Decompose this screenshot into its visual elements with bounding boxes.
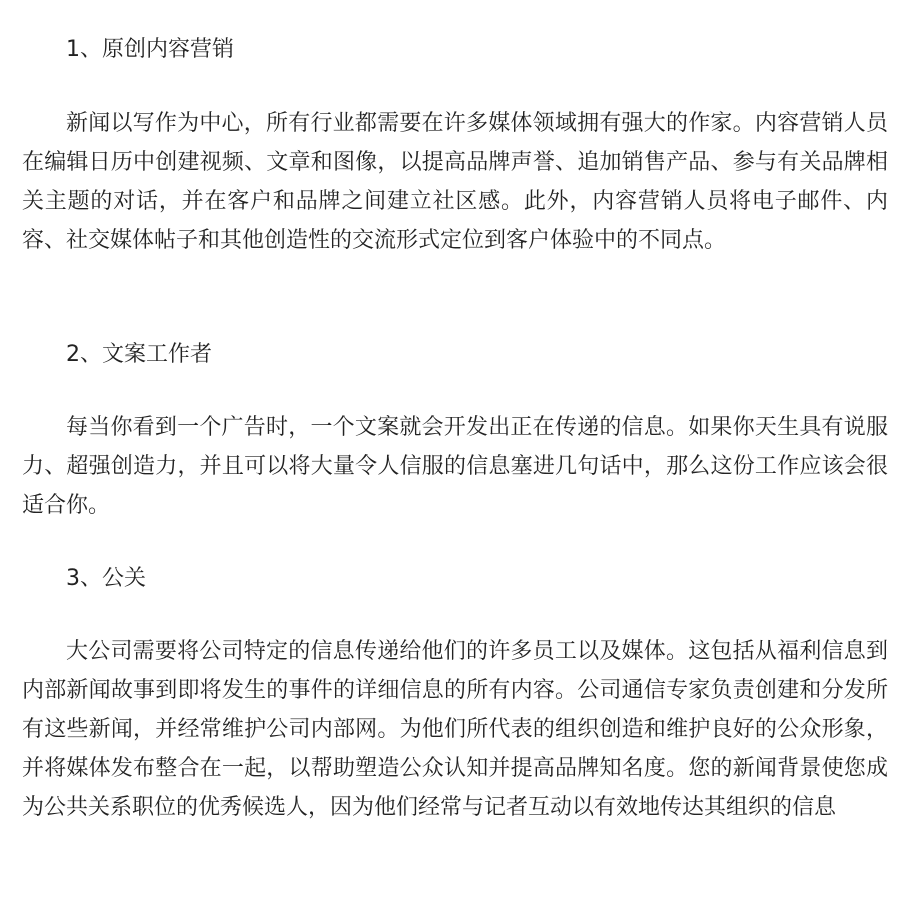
- section-body-copywriter: 每当你看到一个广告时，一个文案就会开发出正在传递的信息。如果你天生具有说服力、超…: [22, 408, 888, 525]
- section-heading-original-content-marketing: 1、原创内容营销: [22, 30, 234, 69]
- section-heading-public-relations: 3、公关: [22, 559, 146, 598]
- section-heading-copywriter: 2、文案工作者: [22, 335, 212, 374]
- section-body-original-content-marketing: 新闻以写作为中心，所有行业都需要在许多媒体领域拥有强大的作家。内容营销人员在编辑…: [22, 104, 888, 260]
- section-body-public-relations: 大公司需要将公司特定的信息传递给他们的许多员工以及媒体。这包括从福利信息到内部新…: [22, 632, 888, 827]
